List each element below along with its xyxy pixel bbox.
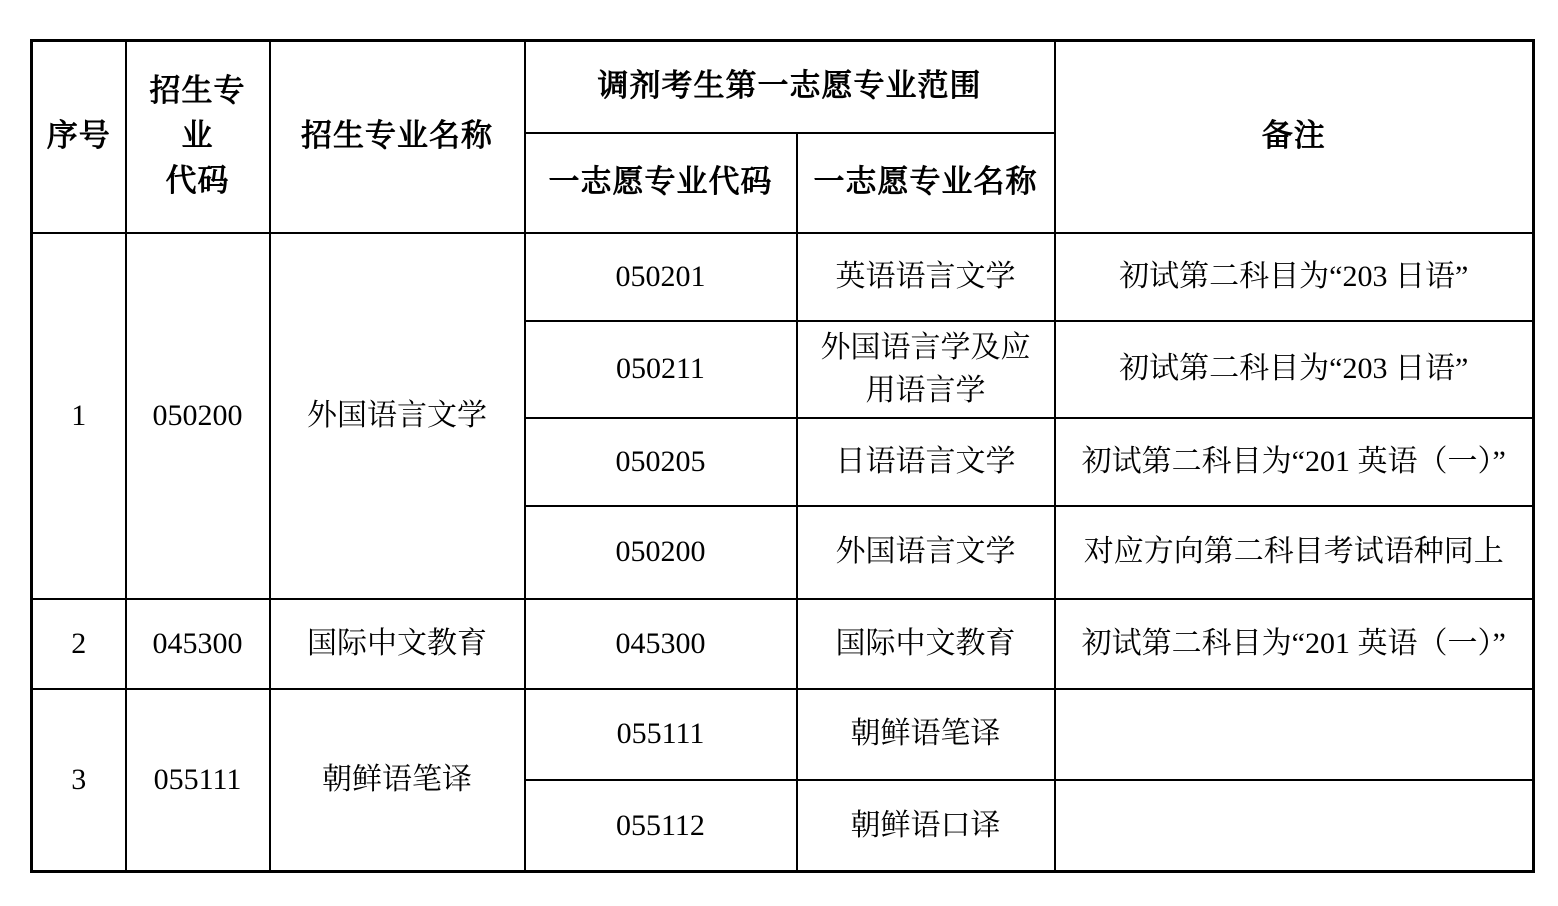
cell-admission-name: 朝鲜语笔译 [270, 689, 525, 872]
cell-admission-code: 055111 [126, 689, 270, 872]
transfer-majors-table: 序号 招生专业 代码 招生专业名称 调剂考生第一志愿专业范围 备注 一志愿专业代… [30, 39, 1535, 873]
document-page: 序号 招生专业 代码 招生专业名称 调剂考生第一志愿专业范围 备注 一志愿专业代… [0, 0, 1558, 906]
cell-remark: 初试第二科目为“201 英语（一）” [1055, 418, 1534, 506]
cell-admission-name: 外国语言文学 [270, 233, 525, 599]
cell-admission-code: 050200 [126, 233, 270, 599]
header-admission-name: 招生专业名称 [270, 41, 525, 233]
cell-first-choice-name: 日语语言文学 [797, 418, 1055, 506]
cell-admission-name: 国际中文教育 [270, 599, 525, 689]
cell-first-choice-code: 045300 [525, 599, 797, 689]
cell-serial: 2 [32, 599, 126, 689]
cell-remark: 初试第二科目为“201 英语（一）” [1055, 599, 1534, 689]
cell-first-choice-code: 055112 [525, 780, 797, 872]
cell-remark: 对应方向第二科目考试语种同上 [1055, 506, 1534, 599]
cell-first-choice-code: 050201 [525, 233, 797, 321]
cell-remark: 初试第二科目为“203 日语” [1055, 321, 1534, 418]
table-row: 3 055111 朝鲜语笔译 055111 朝鲜语笔译 [32, 689, 1534, 780]
table-row: 2 045300 国际中文教育 045300 国际中文教育 初试第二科目为“20… [32, 599, 1534, 689]
cell-remark: 初试第二科目为“203 日语” [1055, 233, 1534, 321]
header-first-choice-scope: 调剂考生第一志愿专业范围 [525, 41, 1055, 133]
cell-first-choice-name: 朝鲜语笔译 [797, 689, 1055, 780]
table-row: 1 050200 外国语言文学 050201 英语语言文学 初试第二科目为“20… [32, 233, 1534, 321]
cell-first-choice-name: 国际中文教育 [797, 599, 1055, 689]
cell-first-choice-code: 050211 [525, 321, 797, 418]
header-serial: 序号 [32, 41, 126, 233]
cell-first-choice-name: 外国语言文学 [797, 506, 1055, 599]
header-remarks: 备注 [1055, 41, 1534, 233]
header-first-choice-code: 一志愿专业代码 [525, 133, 797, 233]
header-admission-code: 招生专业 代码 [126, 41, 270, 233]
cell-remark [1055, 780, 1534, 872]
cell-serial: 3 [32, 689, 126, 872]
cell-first-choice-code: 055111 [525, 689, 797, 780]
cell-remark [1055, 689, 1534, 780]
cell-first-choice-code: 050200 [525, 506, 797, 599]
cell-serial: 1 [32, 233, 126, 599]
cell-admission-code: 045300 [126, 599, 270, 689]
header-row-1: 序号 招生专业 代码 招生专业名称 调剂考生第一志愿专业范围 备注 [32, 41, 1534, 133]
cell-first-choice-name: 英语语言文学 [797, 233, 1055, 321]
cell-first-choice-code: 050205 [525, 418, 797, 506]
cell-first-choice-name: 外国语言学及应用语言学 [797, 321, 1055, 418]
cell-first-choice-name: 朝鲜语口译 [797, 780, 1055, 872]
header-first-choice-name: 一志愿专业名称 [797, 133, 1055, 233]
